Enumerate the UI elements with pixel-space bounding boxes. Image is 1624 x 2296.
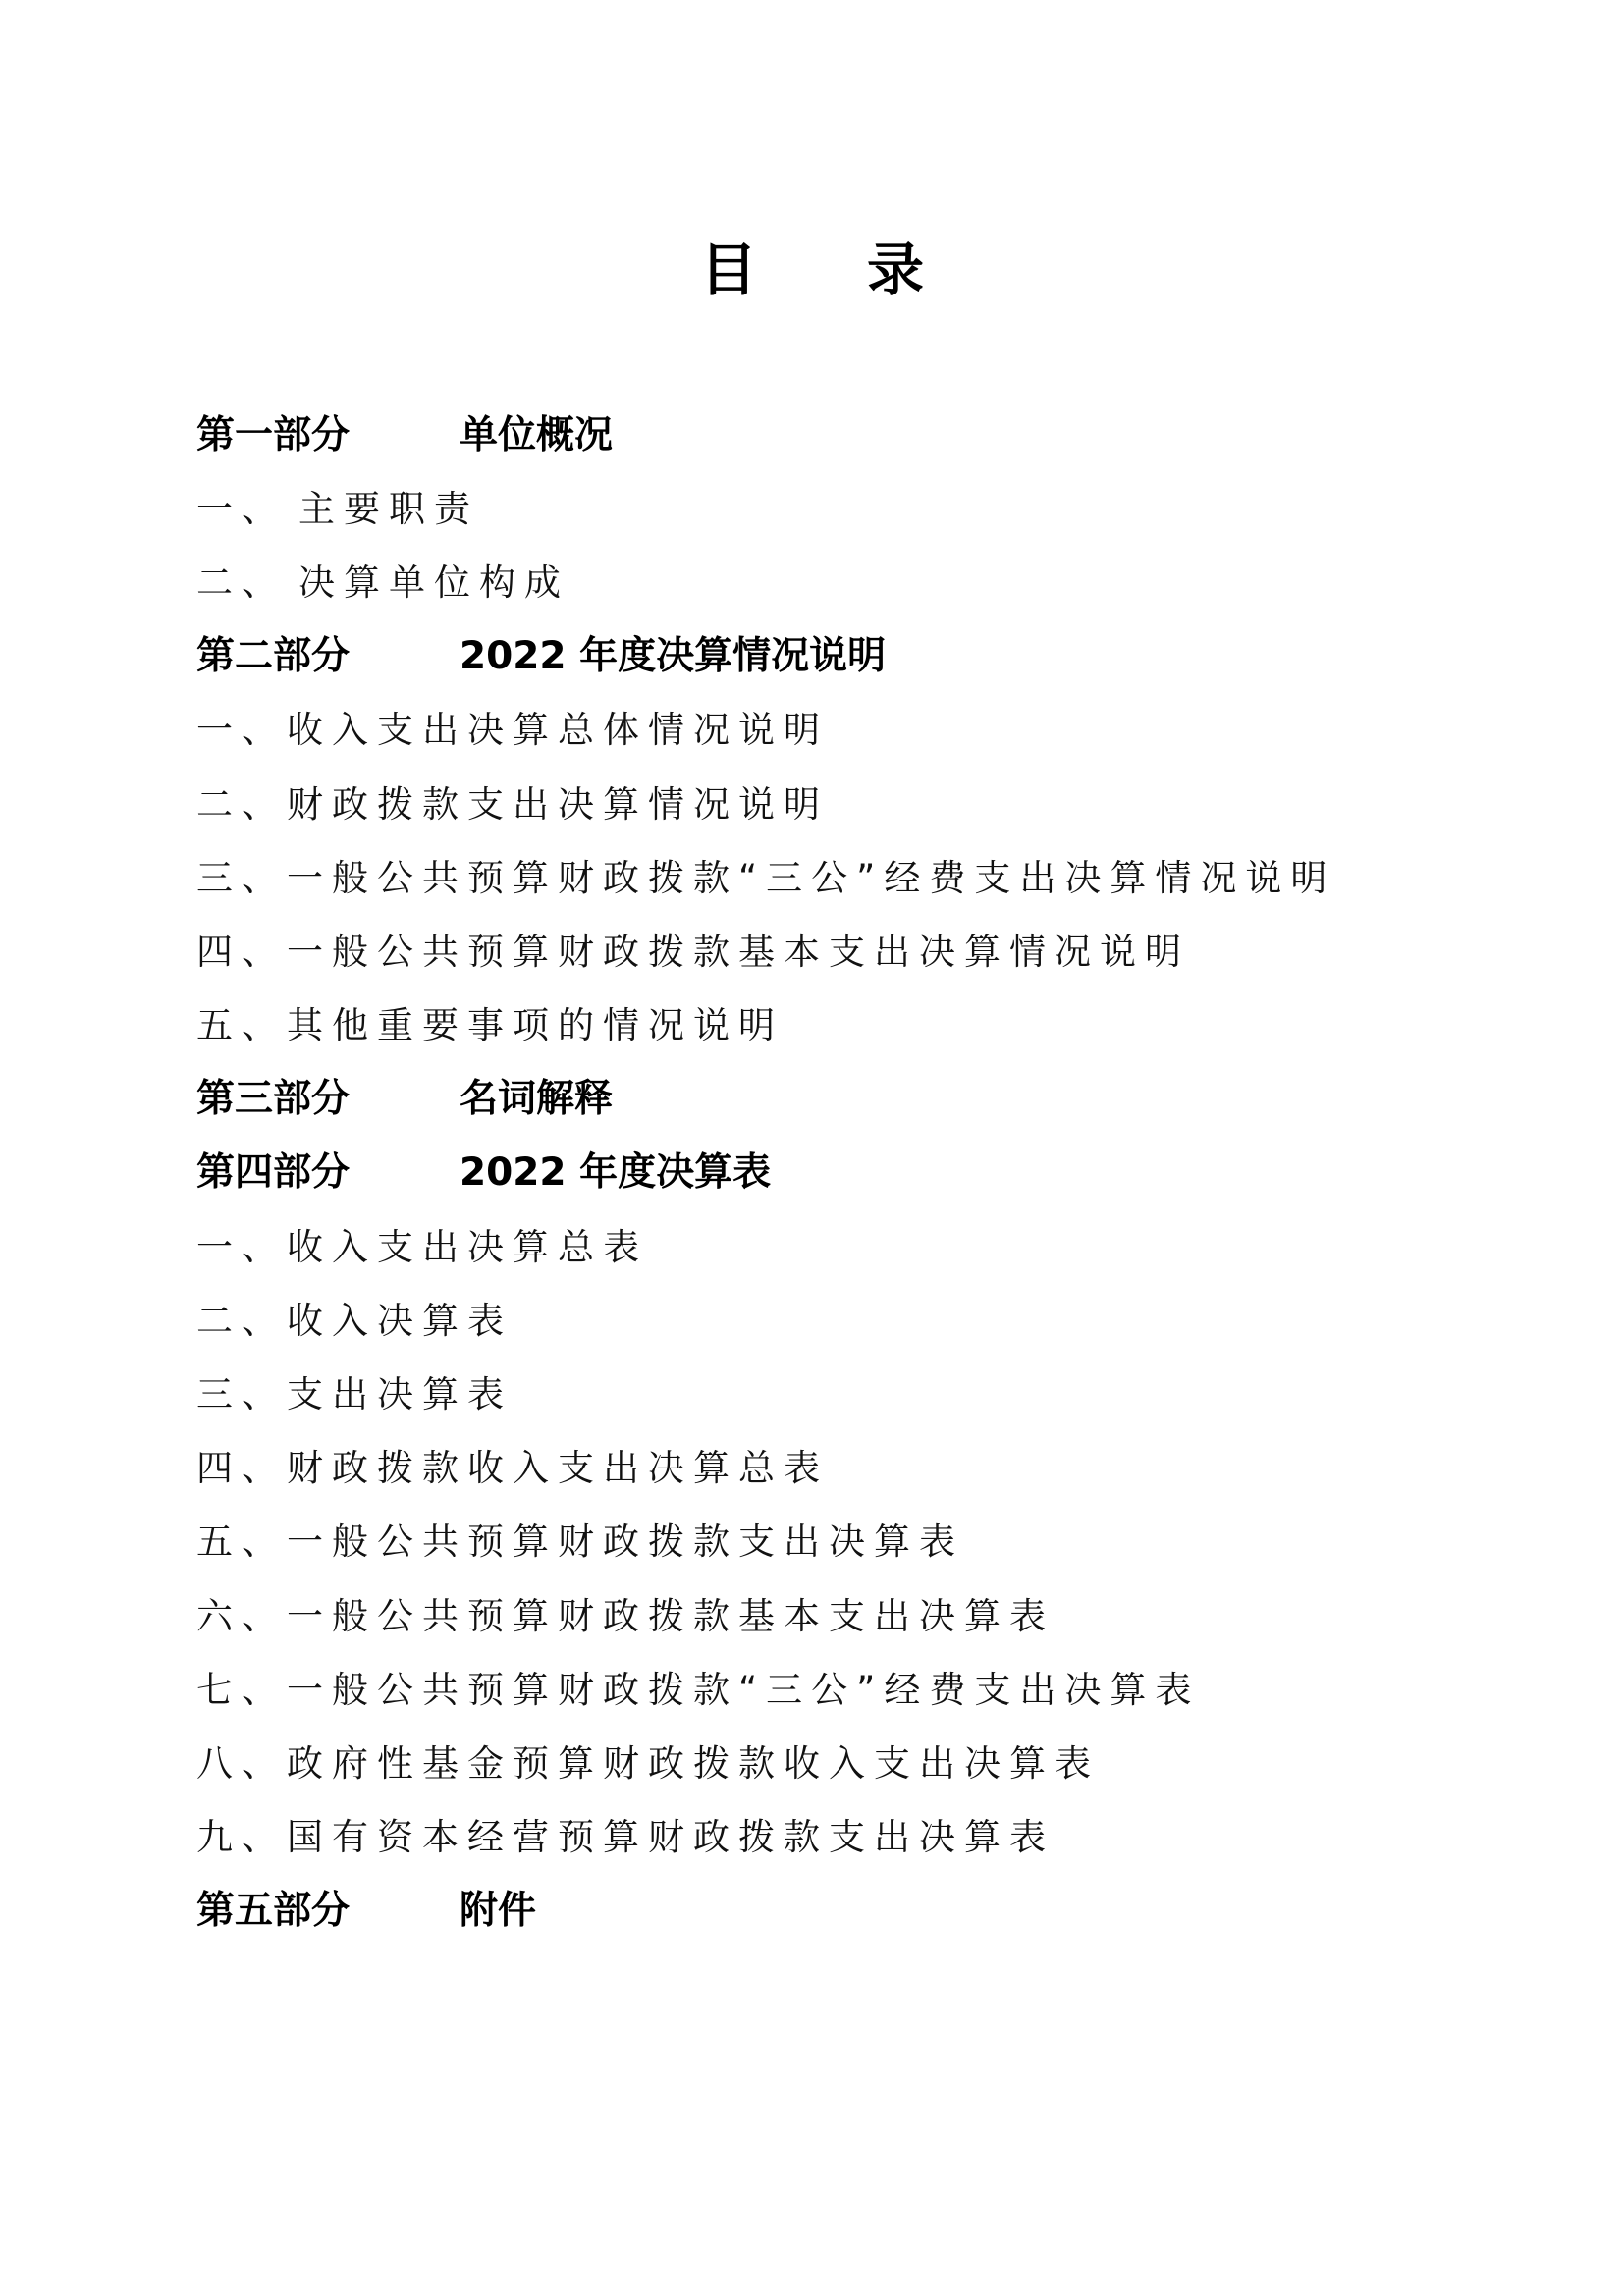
item-title: 收入支出决算总表 [287, 1217, 648, 1270]
title-char: 目 [700, 236, 757, 304]
toc-item[interactable]: 二、 决算单位构成 [196, 542, 1473, 615]
part-label: 第一部分 [196, 404, 460, 459]
item-number: 一、 [196, 700, 287, 753]
item-number: 二、 [196, 1291, 287, 1344]
toc-item[interactable]: 六、 一般公共预算财政拨款基本支出决算表 [196, 1575, 1473, 1649]
item-title: 财政拨款收入支出决算总表 [287, 1438, 829, 1491]
toc-part-1[interactable]: 第一部分 单位概况 [196, 395, 1473, 468]
part-title: 2022 年度决算表 [460, 1142, 771, 1197]
item-number: 四、 [196, 1438, 287, 1491]
document-page: 目录 第一部分 单位概况 一、 主要职责 二、 决算单位构成 第二部分 2022… [0, 0, 1624, 2296]
part-title: 2022 年度决算情况说明 [460, 625, 886, 680]
item-number: 五、 [196, 1512, 287, 1565]
item-title: 其他重要事项的情况说明 [287, 995, 784, 1048]
item-number: 一、 [196, 1217, 287, 1270]
part-title: 附件 [460, 1880, 536, 1935]
part-label: 第三部分 [196, 1068, 460, 1123]
toc-part-5[interactable]: 第五部分 附件 [196, 1871, 1473, 1945]
item-number: 七、 [196, 1660, 287, 1713]
item-title: 主要职责 [298, 479, 479, 532]
toc-item[interactable]: 四、 财政拨款收入支出决算总表 [196, 1428, 1473, 1502]
item-number: 三、 [196, 848, 287, 901]
toc-item[interactable]: 一、 主要职责 [196, 468, 1473, 542]
part-title: 名词解释 [460, 1068, 613, 1123]
item-title: 财政拨款支出决算情况说明 [287, 774, 829, 828]
item-title: 一般公共预算财政拨款“三公”经费支出决算表 [287, 1660, 1200, 1713]
part-label: 第二部分 [196, 625, 460, 680]
item-title: 政府性基金预算财政拨款收入支出决算表 [287, 1734, 1100, 1787]
item-title: 收入支出决算总体情况说明 [287, 700, 829, 753]
item-number: 二、 [196, 774, 287, 828]
toc-item[interactable]: 四、 一般公共预算财政拨款基本支出决算情况说明 [196, 911, 1473, 985]
toc-part-4[interactable]: 第四部分 2022 年度决算表 [196, 1133, 1473, 1206]
item-number: 一、 [196, 479, 298, 532]
item-number: 八、 [196, 1734, 287, 1787]
item-title: 决算单位构成 [298, 553, 569, 606]
part-label: 第四部分 [196, 1142, 460, 1197]
toc-item[interactable]: 一、 收入支出决算总体情况说明 [196, 690, 1473, 764]
part-title: 单位概况 [460, 404, 613, 459]
item-number: 二、 [196, 553, 298, 606]
part-label: 第五部分 [196, 1880, 460, 1935]
item-number: 五、 [196, 995, 287, 1048]
item-title: 一般公共预算财政拨款支出决算表 [287, 1512, 964, 1565]
toc-item[interactable]: 八、 政府性基金预算财政拨款收入支出决算表 [196, 1723, 1473, 1796]
page-title: 目录 [0, 236, 1624, 304]
toc-item[interactable]: 二、 收入决算表 [196, 1280, 1473, 1354]
toc-item[interactable]: 九、 国有资本经营预算财政拨款支出决算表 [196, 1797, 1473, 1871]
item-title: 一般公共预算财政拨款基本支出决算表 [287, 1586, 1055, 1639]
toc-item[interactable]: 五、 一般公共预算财政拨款支出决算表 [196, 1502, 1473, 1575]
toc-part-2[interactable]: 第二部分 2022 年度决算情况说明 [196, 616, 1473, 690]
toc-item[interactable]: 三、 一般公共预算财政拨款“三公”经费支出决算情况说明 [196, 837, 1473, 911]
toc-part-3[interactable]: 第三部分 名词解释 [196, 1059, 1473, 1133]
toc-item[interactable]: 二、 财政拨款支出决算情况说明 [196, 764, 1473, 837]
item-number: 六、 [196, 1586, 287, 1639]
item-number: 九、 [196, 1807, 287, 1860]
item-title: 一般公共预算财政拨款“三公”经费支出决算情况说明 [287, 848, 1335, 901]
table-of-contents: 第一部分 单位概况 一、 主要职责 二、 决算单位构成 第二部分 2022 年度… [196, 395, 1473, 1945]
item-title: 一般公共预算财政拨款基本支出决算情况说明 [287, 922, 1190, 975]
toc-item[interactable]: 三、 支出决算表 [196, 1354, 1473, 1427]
toc-item[interactable]: 五、 其他重要事项的情况说明 [196, 986, 1473, 1059]
toc-item[interactable]: 一、 收入支出决算总表 [196, 1206, 1473, 1280]
item-title: 支出决算表 [287, 1364, 513, 1417]
item-title: 国有资本经营预算财政拨款支出决算表 [287, 1807, 1055, 1860]
title-char: 录 [867, 236, 924, 304]
item-number: 四、 [196, 922, 287, 975]
item-number: 三、 [196, 1364, 287, 1417]
item-title: 收入决算表 [287, 1291, 513, 1344]
toc-item[interactable]: 七、 一般公共预算财政拨款“三公”经费支出决算表 [196, 1649, 1473, 1723]
